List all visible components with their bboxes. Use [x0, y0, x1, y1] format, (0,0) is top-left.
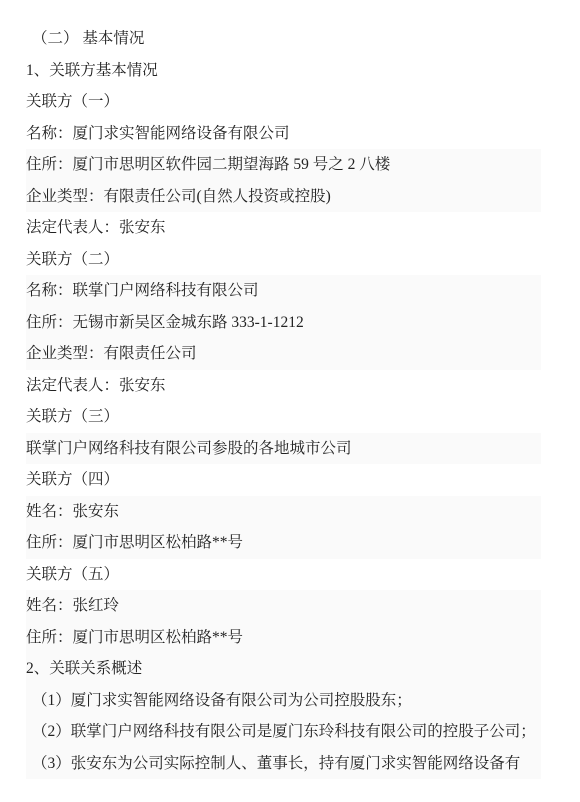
related-party-5-name: 姓名：张红玲: [26, 590, 541, 622]
relationship-item-3: （3）张安东为公司实际控制人、董事长，持有厦门求实智能网络设备有: [26, 748, 541, 780]
related-party-2-legal-representative: 法定代表人：张安东: [26, 370, 541, 402]
related-party-2-address: 住所：无锡市新吴区金城东路 333-1-1212: [26, 307, 541, 339]
subsection-title-related-parties: 1、关联方基本情况: [26, 55, 541, 87]
relationship-item-2: （2）联掌门户网络科技有限公司是厦门东玲科技有限公司的控股子公司；: [26, 716, 541, 748]
related-party-1-address: 住所：厦门市思明区软件园二期望海路 59 号之 2 八楼: [26, 149, 541, 181]
related-party-5-heading: 关联方（五）: [26, 559, 541, 591]
related-party-1-heading: 关联方（一）: [26, 86, 541, 118]
related-party-5-address: 住所：厦门市思明区松柏路**号: [26, 622, 541, 654]
relationship-item-1: （1）厦门求实智能网络设备有限公司为公司控股股东；: [26, 685, 541, 717]
related-party-2-name: 名称：联掌门户网络科技有限公司: [26, 275, 541, 307]
related-party-2-company-type: 企业类型：有限责任公司: [26, 338, 541, 370]
section-title: （二） 基本情况: [26, 23, 541, 55]
related-party-1-company-type: 企业类型：有限责任公司(自然人投资或控股): [26, 181, 541, 213]
related-party-3-heading: 关联方（三）: [26, 401, 541, 433]
related-party-1-name: 名称：厦门求实智能网络设备有限公司: [26, 118, 541, 150]
subsection-title-relationship-overview: 2、关联关系概述: [26, 653, 541, 685]
related-party-4-name: 姓名：张安东: [26, 496, 541, 528]
related-party-4-heading: 关联方（四）: [26, 464, 541, 496]
related-party-1-legal-representative: 法定代表人：张安东: [26, 212, 541, 244]
related-party-3-description: 联掌门户网络科技有限公司参股的各地城市公司: [26, 433, 541, 465]
related-party-4-address: 住所：厦门市思明区松柏路**号: [26, 527, 541, 559]
document-page: （二） 基本情况 1、关联方基本情况 关联方（一） 名称：厦门求实智能网络设备有…: [0, 0, 580, 802]
related-party-2-heading: 关联方（二）: [26, 244, 541, 276]
